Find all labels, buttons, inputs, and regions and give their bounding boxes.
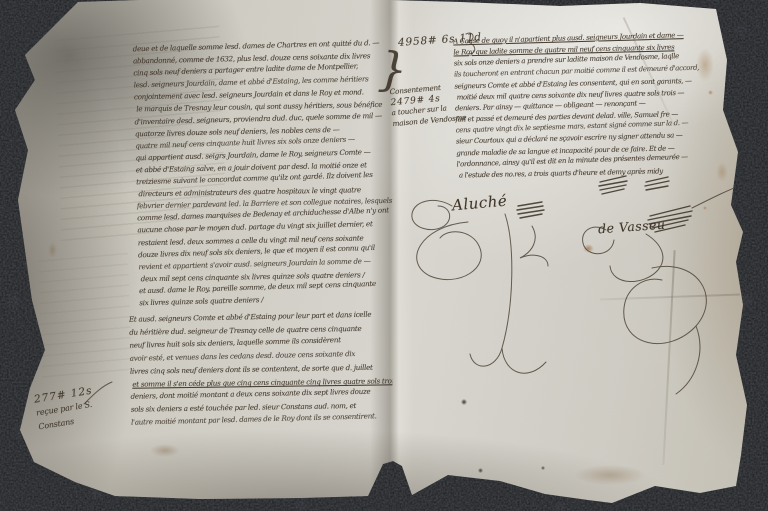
manuscript-line: et somme il s'en céde plus que cinq cens… (132, 375, 393, 391)
show-through-ruling (38, 248, 132, 381)
edge-stain (575, 465, 645, 485)
edge-stain (48, 242, 57, 258)
stone-speckles (0, 0, 2, 2)
paper-crease (662, 250, 675, 465)
edge-smudge (150, 444, 180, 457)
manuscript-paper: deue et de laquelle somme lesd. dames de… (0, 0, 768, 511)
rust-speck (708, 90, 713, 95)
signature-de-vasseu: de Vasseu (598, 217, 666, 237)
rust-stain (583, 244, 594, 253)
left-page-paragraph-2: Et ausd. seigneurs Comte et abbé d'Estai… (129, 308, 393, 430)
edge-stain (716, 162, 728, 182)
ink-speck (461, 399, 467, 405)
manuscript-photo: deue et de laquelle somme lesd. dames de… (0, 0, 768, 511)
left-page-paragraph-1: deue et de laquelle somme lesd. dames de… (133, 37, 396, 310)
right-page-paragraph: A Cause de quoy il n'apartient plus ausd… (453, 30, 709, 182)
left-margin-note: 277# 12s reçue par le S. Constans (33, 384, 98, 435)
signature-aluche: Aluché (451, 192, 508, 215)
paper-crease (600, 294, 740, 300)
ink-speck (541, 466, 545, 470)
rust-speck (703, 206, 707, 210)
ink-speck (478, 468, 483, 473)
